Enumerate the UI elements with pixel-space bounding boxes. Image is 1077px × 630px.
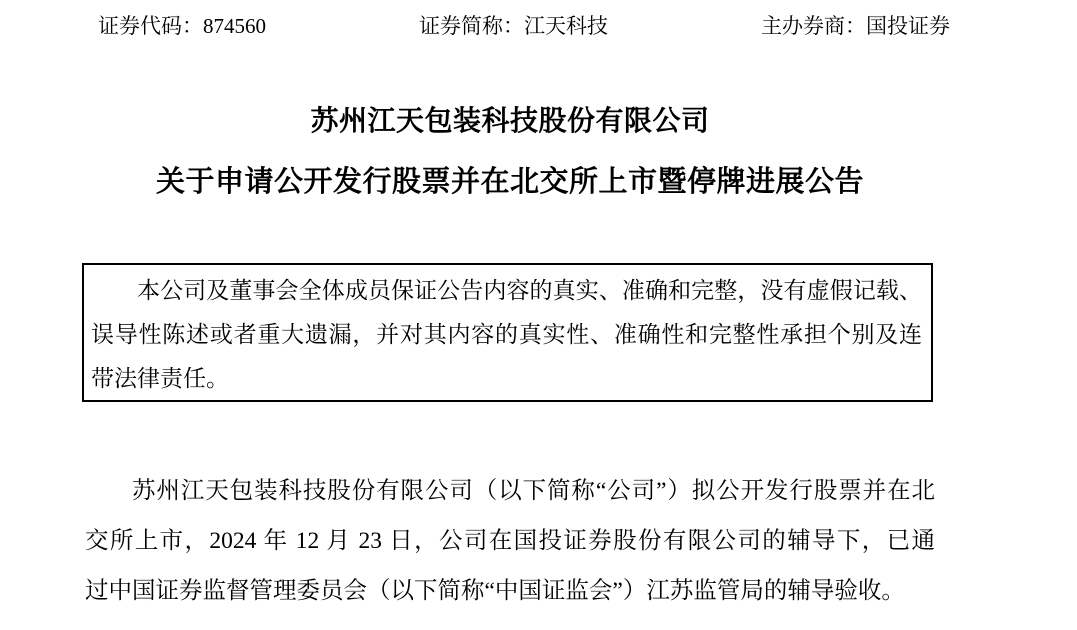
stock-shortname-value: 江天科技 <box>524 13 608 39</box>
stock-code-label: 证券代码： <box>98 13 203 39</box>
body-paragraph: 苏州江天包装科技股份有限公司（以下简称“公司”）拟公开发行股票并在北 交所上市，… <box>85 466 935 616</box>
company-name-title: 苏州江天包装科技股份有限公司 <box>85 102 935 140</box>
document-header: 证券代码： 874560 证券简称： 江天科技 主办券商： 国投证券 <box>98 13 950 39</box>
stock-shortname-field: 证券简称： 江天科技 <box>419 13 608 39</box>
declaration-box: 本公司及董事会全体成员保证公告内容的真实、准确和完整，没有虚假记载、 误导性陈述… <box>82 263 933 402</box>
body-line: 苏州江天包装科技股份有限公司（以下简称“公司”）拟公开发行股票并在北 <box>85 466 935 516</box>
declaration-line: 带法律责任。 <box>91 357 922 401</box>
body-line: 交所上市，2024 年 12 月 23 日，公司在国投证券股份有限公司的辅导下，… <box>85 516 935 566</box>
sponsor-broker-value: 国投证券 <box>866 13 950 39</box>
document-page: 证券代码： 874560 证券简称： 江天科技 主办券商： 国投证券 苏州江天包… <box>0 0 1077 630</box>
body-line: 过中国证券监督管理委员会（以下简称“中国证监会”）江苏监管局的辅导验收。 <box>85 566 935 616</box>
declaration-line: 误导性陈述或者重大遗漏，并对其内容的真实性、准确性和完整性承担个别及连 <box>91 313 922 357</box>
sponsor-broker-label: 主办券商： <box>761 13 866 39</box>
stock-shortname-label: 证券简称： <box>419 13 524 39</box>
stock-code-value: 874560 <box>203 13 266 39</box>
sponsor-broker-field: 主办券商： 国投证券 <box>761 13 950 39</box>
announcement-title: 关于申请公开发行股票并在北交所上市暨停牌进展公告 <box>85 163 935 201</box>
stock-code-field: 证券代码： 874560 <box>98 13 266 39</box>
declaration-line: 本公司及董事会全体成员保证公告内容的真实、准确和完整，没有虚假记载、 <box>91 269 922 313</box>
